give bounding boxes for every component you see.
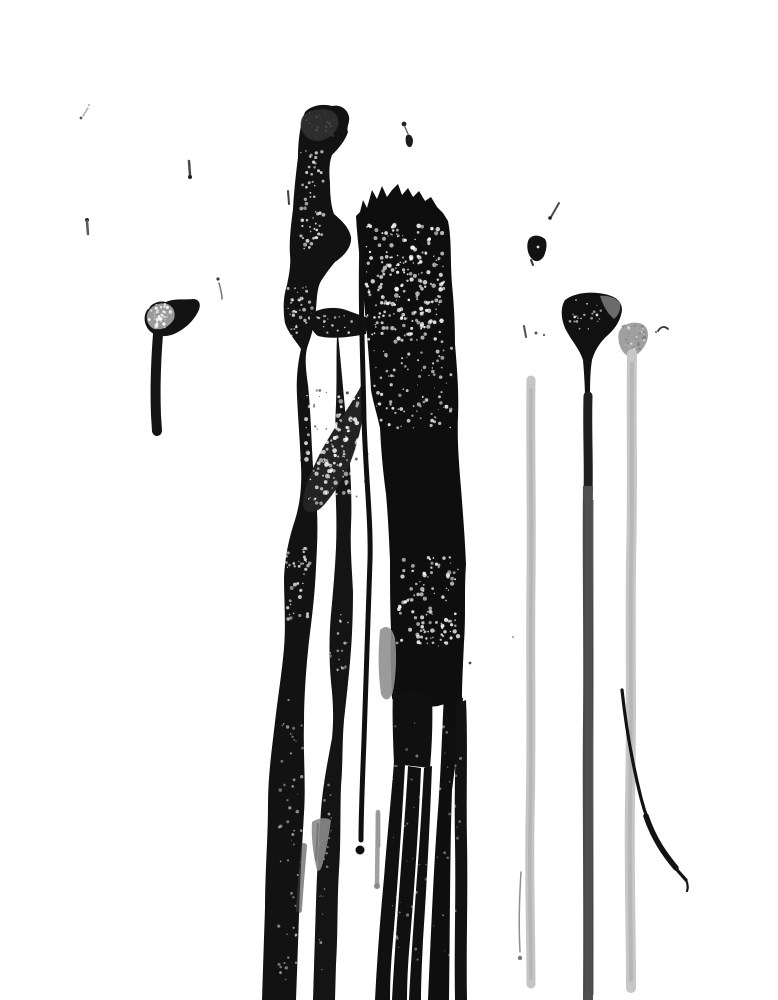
- mass-lower-texture-dot: [414, 616, 417, 619]
- mass-mid-texture-dot: [376, 391, 380, 395]
- mass-upper-texture-dot: [367, 224, 371, 228]
- mass-lower-texture-dot: [400, 574, 404, 578]
- mass-upper-texture-dot: [381, 232, 383, 234]
- sponge-white-texture-dot: [337, 395, 340, 398]
- column-b-lower-texture-dot: [319, 941, 322, 944]
- sponge-white-texture-dot: [310, 479, 312, 481]
- sponge-white-texture-dot: [319, 458, 323, 462]
- mass-upper-texture-dot: [411, 246, 415, 250]
- speck-top-left-b: [83, 108, 88, 116]
- mass-upper-texture-dot: [391, 268, 395, 272]
- column-b-bulge-texture-dot: [339, 620, 341, 622]
- sponge-black-texture-dot: [349, 492, 351, 494]
- right-head-dark-texture-dot: [643, 335, 646, 338]
- dark-stem-head-texture-dot: [596, 313, 599, 316]
- mass-upper-texture-dot: [399, 261, 401, 263]
- speck-blob-hole: [537, 246, 540, 249]
- mass-upper-texture-dot: [401, 313, 405, 317]
- mass-lower-texture-dot: [454, 578, 456, 580]
- hook-column-texture-dot: [303, 248, 305, 250]
- lower-columns-texture-dot: [453, 805, 456, 808]
- sponge-white-texture-dot: [304, 417, 308, 421]
- mass-upper-texture-dot: [366, 246, 368, 248]
- mass-upper-texture-dot: [366, 271, 367, 272]
- dark-stem: [588, 486, 589, 1000]
- mass-lower-texture-dot: [423, 629, 425, 631]
- mass-upper-texture-dot: [374, 332, 376, 334]
- speck-tail-dot: [216, 277, 219, 280]
- mass-lower-texture-dot: [440, 639, 442, 641]
- column-b-bulge-texture-dot: [337, 632, 340, 635]
- hook-blob-texture-dot: [294, 287, 296, 289]
- sponge-white-texture-dot: [318, 442, 320, 444]
- mass-upper-texture-dot: [397, 234, 400, 237]
- hook-column-texture-dot: [312, 181, 314, 183]
- mass-upper-texture-dot: [421, 272, 423, 274]
- mass-upper-texture-dot: [414, 311, 417, 314]
- hook-column-texture-dot: [306, 219, 309, 222]
- column-a-lower-texture-dot: [293, 830, 295, 832]
- mass-upper-texture-dot: [420, 225, 424, 229]
- column-b-lower-texture-dot: [321, 895, 322, 896]
- mass-upper-texture-dot: [424, 251, 427, 254]
- sponge-white-texture-dot: [332, 496, 335, 499]
- sponge-white-texture-dot: [306, 427, 307, 428]
- mass-upper-texture-dot: [385, 255, 389, 259]
- mass-mid-texture-dot: [404, 365, 407, 368]
- mass-upper-texture-dot: [405, 260, 407, 262]
- mass-mid-texture-dot: [449, 373, 452, 376]
- sponge-white-texture-dot: [320, 433, 323, 436]
- column-a-lower-texture-dot: [286, 934, 287, 935]
- sponge-white-texture-dot: [312, 418, 316, 422]
- mass-lower-texture-dot: [447, 570, 451, 574]
- sponge-black-texture-dot: [336, 466, 337, 467]
- sponge-white-texture-dot: [357, 438, 358, 439]
- lower-columns-texture-dot: [449, 781, 451, 783]
- sponge-black-texture-dot: [337, 470, 339, 472]
- column-a-lower-texture-dot: [279, 966, 281, 968]
- right-head-dark-texture-dot: [638, 348, 640, 350]
- hook-blob-texture-dot: [305, 322, 307, 324]
- lower-columns-texture-dot: [448, 813, 451, 816]
- sponge-white-texture-dot: [343, 456, 345, 458]
- sponge-black-texture-dot: [337, 421, 340, 424]
- hook-column-texture-dot: [310, 242, 314, 246]
- left-drip-head-texture-dot: [156, 316, 157, 317]
- left-drip-head-texture-dot: [146, 306, 147, 307]
- column-a-lower-texture-dot: [293, 778, 296, 781]
- left-drip-head-texture-dot: [162, 310, 164, 312]
- column-b-lower-texture-dot: [328, 813, 331, 816]
- mass-upper-texture-dot: [436, 259, 438, 261]
- mass-upper-texture-dot: [437, 295, 439, 297]
- mass-lower-texture-dot: [430, 628, 434, 632]
- column-a-bulge-texture-dot: [302, 583, 304, 585]
- mass-upper-texture-dot: [408, 299, 411, 302]
- mass-lower-texture-dot: [411, 564, 415, 568]
- hook-head-texture-dot: [311, 126, 312, 127]
- speck-top-left-c: [80, 117, 83, 120]
- mass-mid-texture-dot: [440, 391, 442, 393]
- mass-mid-texture-dot: [377, 403, 379, 405]
- hook-column-texture-dot: [309, 196, 311, 198]
- mass-upper-texture-dot: [397, 263, 400, 266]
- mass-mid-texture-dot: [430, 413, 432, 415]
- mass-lower-texture-dot: [444, 618, 448, 622]
- mass-upper-texture-dot: [417, 231, 420, 234]
- column-b-bulge-texture-dot: [346, 642, 347, 643]
- mass-lower-texture-dot: [430, 562, 433, 565]
- mass-upper-texture-dot: [384, 231, 388, 235]
- mass-upper-texture-dot: [430, 283, 432, 285]
- mass-upper-texture-dot: [368, 289, 370, 291]
- mass-upper-texture-dot: [396, 336, 400, 340]
- sponge-white-texture-dot: [346, 426, 349, 429]
- mass-upper-texture-dot: [395, 267, 396, 268]
- sponge-white-texture-dot: [314, 414, 319, 419]
- lower-columns-texture-dot: [414, 722, 416, 724]
- sponge-white-texture-dot: [317, 467, 320, 470]
- mass-upper-texture-dot: [411, 320, 413, 322]
- column-a-lower-texture-dot: [283, 962, 285, 964]
- mass-lower-texture-dot: [429, 558, 431, 560]
- mass-upper-texture-dot: [388, 314, 391, 317]
- column-a-lower-texture-dot: [280, 861, 282, 863]
- column-b-lower-texture-dot: [322, 913, 323, 914]
- mass-mid-texture-dot: [411, 415, 413, 417]
- hook-head-texture-dot: [333, 119, 334, 120]
- sponge-white-texture-dot: [358, 453, 360, 455]
- mass-mid-texture-dot: [389, 403, 392, 406]
- lower-columns-texture-dot: [411, 779, 413, 781]
- mass-upper-texture-dot: [415, 319, 418, 322]
- sponge-black-texture-dot: [309, 457, 310, 458]
- column-a-lower-texture-dot: [291, 785, 294, 788]
- speck-mid-right: [469, 662, 472, 665]
- column-b-bulge-texture-dot: [330, 652, 332, 654]
- mass-upper-texture-dot: [442, 266, 444, 268]
- column-b-lower-texture-dot: [323, 785, 324, 786]
- mass-lower-texture-dot: [420, 615, 424, 619]
- speck-ant-neck: [405, 127, 408, 134]
- branch-line-thick: [646, 816, 676, 868]
- mass-upper-texture-dot: [439, 283, 443, 287]
- sponge-white-texture-dot: [351, 466, 352, 467]
- hook-column-texture-dot: [309, 156, 311, 158]
- sponge-white-texture-dot: [355, 404, 358, 407]
- mass-upper-texture-dot: [368, 291, 371, 294]
- column-a-lower-texture-dot: [287, 859, 289, 861]
- sponge-white-texture-dot: [330, 414, 333, 417]
- lower-columns-texture-dot: [440, 735, 442, 737]
- mass-lower-texture-dot: [432, 637, 434, 639]
- hook-column-texture-dot: [315, 223, 317, 225]
- mass-upper-texture-dot: [386, 251, 388, 253]
- mass-mid-texture-dot: [380, 419, 383, 422]
- sponge-white-texture-dot: [333, 481, 338, 486]
- sponge-black-texture-dot: [319, 396, 320, 397]
- speck-blob-tail: [531, 260, 533, 265]
- bridge-texture-dot: [323, 326, 324, 327]
- left-drip-head-texture-dot: [162, 322, 165, 325]
- mass-upper-texture-dot: [393, 313, 395, 315]
- mass-mid-texture-dot: [420, 417, 422, 419]
- mass-upper-texture-dot: [426, 325, 430, 329]
- mass-lower-texture-dot: [445, 641, 448, 644]
- sponge-white-texture-dot: [354, 470, 357, 473]
- column-a-lower-texture-dot: [297, 793, 298, 794]
- right-stem-light-right-core: [630, 364, 632, 980]
- column-a-bulge-texture-dot: [287, 567, 288, 568]
- sponge-white-texture-dot: [314, 472, 318, 476]
- mass-upper-texture-dot: [409, 277, 413, 281]
- mass-mid-texture-dot: [430, 419, 434, 423]
- hook-blob-texture-dot: [300, 304, 302, 306]
- column-a-lower-texture-dot: [286, 799, 288, 801]
- sponge-white-texture-dot: [329, 424, 331, 426]
- column-a-lower-texture-dot: [290, 892, 293, 895]
- mass-lower-texture-dot: [416, 622, 420, 626]
- sponge-white-texture-dot: [306, 395, 308, 397]
- mass-upper-texture-dot: [434, 231, 438, 235]
- mass-upper-texture-dot: [387, 263, 391, 267]
- left-drip-head-texture-dot: [163, 307, 164, 308]
- mass-upper-texture-dot: [381, 332, 384, 335]
- mass-upper-texture-dot: [440, 231, 444, 235]
- column-a-bulge-texture-dot: [288, 564, 291, 567]
- lower-columns-texture-dot: [413, 807, 415, 809]
- mass-upper-texture-dot: [438, 301, 440, 303]
- dark-stem-head-texture-dot: [586, 303, 588, 305]
- mass-upper-texture-dot: [427, 308, 431, 312]
- mass-lower-texture-dot: [445, 600, 447, 602]
- lower-columns-texture-dot: [442, 914, 444, 916]
- sponge-black-texture-dot: [356, 496, 358, 498]
- sponge-white-texture-dot: [324, 480, 328, 484]
- lower-columns-texture-dot: [405, 748, 408, 751]
- hook-column-texture-dot: [322, 180, 325, 183]
- bridge-texture-dot: [326, 331, 328, 333]
- hook-head-texture-dot: [325, 114, 326, 115]
- mass-lower-texture-dot: [454, 619, 456, 621]
- mass-mid-texture-dot: [391, 407, 394, 410]
- mass-lower-texture-dot: [423, 631, 425, 633]
- mass-upper-texture-dot: [409, 255, 414, 260]
- mass-upper-texture-dot: [375, 304, 377, 306]
- column-a-bulge-texture-dot: [306, 612, 309, 615]
- column-a-lower-texture-dot: [285, 966, 288, 969]
- speck-near-stem1-dot-b: [543, 334, 545, 336]
- hook-column-texture-dot: [320, 171, 323, 174]
- mass-upper-texture-dot: [371, 279, 375, 283]
- mass-lower-texture-dot: [415, 583, 418, 586]
- right-stem-light-left-core: [530, 390, 532, 978]
- sponge-white-texture-dot: [349, 472, 352, 475]
- mass-lower-texture-dot: [450, 631, 451, 632]
- sponge-white-texture-dot: [333, 477, 335, 479]
- sponge-black-texture-dot: [318, 389, 321, 392]
- hook-head-texture-dot: [325, 126, 328, 129]
- left-drip-head-texture-dot: [156, 304, 157, 305]
- mass-upper-texture-dot: [381, 269, 385, 273]
- mass-upper-texture-dot: [399, 307, 403, 311]
- mass-upper-texture-dot: [424, 300, 427, 303]
- hook-blob-texture-dot: [295, 326, 298, 329]
- mass-upper-texture-dot: [416, 224, 421, 229]
- mass-mid-texture-dot: [417, 359, 419, 361]
- mass-mid-texture-dot: [450, 347, 453, 350]
- column-a-bulge-texture-dot: [286, 606, 289, 609]
- sponge-white-texture-dot: [313, 470, 315, 472]
- column-a-bulge-texture-dot: [303, 556, 306, 559]
- mass-upper-texture-dot: [379, 275, 383, 279]
- hook-column-texture-dot: [306, 239, 310, 243]
- hook-blob-texture-dot: [290, 335, 292, 337]
- lower-columns-texture-dot: [414, 948, 417, 951]
- mass-upper-texture-dot: [389, 273, 392, 276]
- mass-upper-texture-dot: [375, 326, 377, 328]
- lower-columns-texture-dot: [394, 725, 396, 727]
- bridge-texture-dot: [344, 327, 346, 329]
- hook-head-texture-dot: [308, 123, 309, 124]
- mass-lower-texture-dot: [408, 628, 412, 632]
- dark-stem-head-texture-dot: [576, 320, 579, 323]
- column-b-bulge-texture-dot: [330, 654, 332, 656]
- sponge-black-texture-dot: [355, 396, 356, 397]
- mass-mid-texture-dot: [401, 362, 403, 364]
- right-head-light-texture-dot: [643, 339, 645, 341]
- sponge-black-texture-dot: [300, 460, 302, 462]
- mass-mid-texture-dot: [441, 367, 443, 369]
- sponge-white-texture-dot: [325, 420, 327, 422]
- mass-upper-texture-dot: [389, 256, 391, 258]
- mass-mid-texture-dot: [438, 355, 440, 357]
- mass-upper-texture-dot: [423, 280, 428, 285]
- mass-lower-texture-dot: [449, 556, 452, 559]
- mass-mid-texture-dot: [394, 412, 396, 414]
- speck-curl-far-right: [658, 327, 668, 331]
- sponge-white-texture-dot: [355, 446, 357, 448]
- lower-columns-texture-dot: [415, 755, 418, 758]
- mass-upper-texture-dot: [410, 332, 413, 335]
- mass-mid-texture-dot: [407, 419, 411, 423]
- hook-column-texture-dot: [312, 160, 315, 163]
- sponge-white-texture-dot: [348, 429, 351, 432]
- mass-mid-texture-dot: [407, 368, 409, 370]
- mass-upper-texture-dot: [402, 256, 404, 258]
- bridge-texture-dot: [331, 324, 334, 327]
- mass-upper-texture-dot: [427, 238, 431, 242]
- speck-near-stem1: [524, 326, 526, 337]
- mass-lower-texture-dot: [453, 629, 457, 633]
- mass-upper-texture-dot: [410, 338, 413, 341]
- column-a-lower-texture-dot: [300, 964, 302, 966]
- hook-blob-texture-dot: [302, 287, 304, 289]
- column-b-lower-texture-dot: [327, 846, 329, 848]
- column-a-bulge-texture-dot: [298, 595, 302, 599]
- hook-column-texture-dot: [320, 233, 323, 236]
- hook-column-texture-dot: [322, 213, 326, 217]
- column-a-lower-texture-dot: [277, 925, 280, 928]
- lower-columns-texture-dot: [456, 826, 458, 828]
- mass-lower-texture-dot: [411, 610, 414, 613]
- lower-columns-texture-dot: [416, 958, 418, 960]
- hook-head-texture-dot: [331, 131, 332, 132]
- column-a-lower-texture-dot: [301, 747, 304, 750]
- sponge-white-texture-dot: [317, 418, 321, 422]
- mass-lower-texture-dot: [420, 629, 423, 632]
- dark-stem-head-texture-dot: [596, 305, 597, 306]
- hook-head-texture-dot: [310, 118, 311, 119]
- mass-lower-texture-dot: [442, 556, 445, 559]
- hook-blob-texture-dot: [310, 306, 313, 309]
- sponge-white-texture-dot: [357, 476, 360, 479]
- lower-columns-texture-dot: [411, 906, 413, 908]
- sponge-blob: [303, 384, 364, 512]
- mass-lower-texture-dot: [402, 558, 406, 562]
- mass-upper-texture-dot: [407, 273, 409, 275]
- mass-upper-texture-dot: [413, 274, 417, 278]
- column-a-lower-texture-dot: [295, 933, 298, 936]
- hook-column-texture-dot: [316, 229, 319, 232]
- mass-upper-texture-dot: [378, 285, 382, 289]
- mass-upper-texture-dot: [399, 296, 401, 298]
- mass-lower-texture-dot: [421, 621, 424, 624]
- mass-lower-texture-dot: [449, 620, 452, 623]
- sponge-white-texture-dot: [321, 422, 325, 426]
- mass-upper-texture-dot: [419, 280, 422, 283]
- dark-stem-head-texture-dot: [580, 318, 582, 320]
- lower-columns-texture-dot: [406, 913, 409, 916]
- gray-drip-tip: [374, 883, 380, 889]
- left-drip-head-texture-dot: [148, 318, 151, 321]
- hook-column-texture-dot: [318, 211, 321, 214]
- mass-upper-texture-dot: [394, 340, 398, 344]
- lower-columns-texture-dot: [396, 915, 398, 917]
- right-head-dark-texture-dot: [639, 333, 641, 335]
- lower-columns-texture-dot: [419, 796, 422, 799]
- right-head-dark-texture-dot: [641, 325, 644, 328]
- mass-lower-texture-dot: [426, 642, 428, 644]
- column-a-lower-texture-dot: [292, 896, 294, 898]
- mass-lower-texture-dot: [431, 587, 434, 590]
- sponge-black-texture-dot: [341, 498, 343, 500]
- column-a-lower-texture-dot: [300, 775, 303, 778]
- hook-column-texture-dot: [302, 237, 304, 239]
- mass-lower-texture-dot: [419, 581, 420, 582]
- speck-dash-2: [87, 221, 88, 234]
- mass-mid-texture-dot: [401, 357, 403, 359]
- mass-mid-texture-dot: [429, 424, 432, 427]
- mass-upper-texture-dot: [416, 339, 418, 341]
- column-a-lower-texture-dot: [295, 962, 297, 964]
- column-a-lower-texture-dot: [300, 829, 303, 832]
- column-a-lower-texture-dot: [293, 739, 295, 741]
- mass-upper-texture-dot: [437, 278, 439, 280]
- mass-upper-texture-dot: [416, 298, 418, 300]
- column-g-block: [393, 690, 433, 768]
- hook-blob-texture-dot: [295, 311, 298, 314]
- hook-column-texture-dot: [313, 166, 316, 169]
- mass-upper-texture-dot: [436, 314, 438, 316]
- mass-lower-texture-dot: [437, 566, 439, 568]
- sponge-black-texture-dot: [313, 405, 315, 407]
- hook-blob-texture-dot: [303, 319, 306, 322]
- mass-upper-texture-dot: [366, 316, 368, 318]
- mass-upper-texture-dot: [404, 317, 407, 320]
- hook-head-texture-dot: [325, 130, 327, 132]
